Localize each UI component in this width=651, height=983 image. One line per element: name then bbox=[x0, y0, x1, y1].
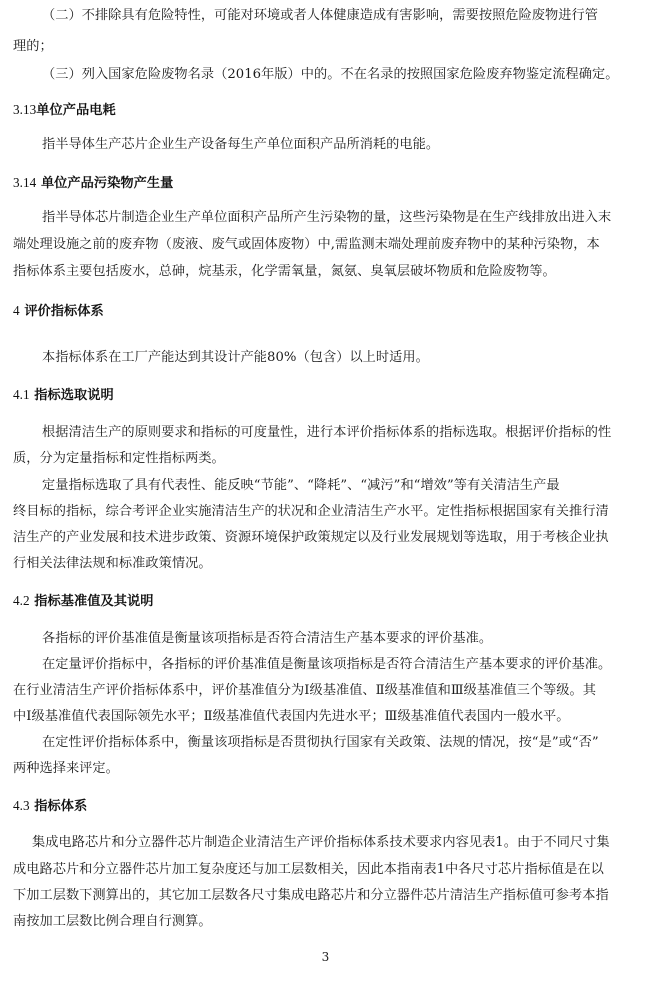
page-number: 3 bbox=[0, 950, 651, 964]
paragraph-4-1b-line-1: 定量指标选取了具有代表性、能反映“节能”、“降耗”、“减污”和“增效”等有关清洁… bbox=[42, 477, 560, 495]
paragraph-4: 本指标体系在工厂产能达到其设计产能80%（包含）以上时适用。 bbox=[42, 349, 429, 367]
paragraph-4-2a: 各指标的评价基准值是衡量该项指标是否符合清洁生产基本要求的评价基准。 bbox=[42, 630, 492, 648]
section-title: 单位产品电耗 bbox=[36, 103, 115, 118]
section-title: 指标选取说明 bbox=[34, 388, 113, 403]
section-heading-4-2: 4.2 指标基准值及其说明 bbox=[13, 592, 153, 611]
paragraph-3-14-line-3: 指标体系主要包括废水，总砷，烷基汞，化学需氧量，氮氨、臭氧层破坏物质和危险废物等… bbox=[13, 263, 556, 281]
section-number: 4.3 bbox=[13, 798, 30, 813]
section-number: 4.1 bbox=[13, 387, 30, 402]
section-title: 指标基准值及其说明 bbox=[34, 594, 153, 609]
section-heading-4-3: 4.3 指标体系 bbox=[13, 797, 87, 816]
section-number: 4.2 bbox=[13, 593, 30, 608]
paragraph-3-13: 指半导体生产芯片企业生产设备每生产单位面积产品所消耗的电能。 bbox=[42, 136, 439, 154]
paragraph-4-2c-line-2: 两种选择来评定。 bbox=[13, 760, 119, 778]
paragraph-3-14-line-2: 端处理设施之前的废弃物（废液、废气或固体废物）中,需监测末端处理前废弃物中的某种… bbox=[13, 236, 600, 254]
section-heading-4-1: 4.1 指标选取说明 bbox=[13, 386, 114, 405]
paragraph-4-2c-line-1: 在定性评价指标体系中，衡量该项指标是否贯彻执行国家有关政策、法规的情况，按“是”… bbox=[42, 734, 599, 752]
paragraph-item-2-line-1: （二）不排除具有危险特性，可能对环境或者人体健康造成有害影响，需要按照危险废物进… bbox=[42, 7, 598, 25]
section-heading-3-14: 3.14 单位产品污染物产生量 bbox=[13, 174, 173, 193]
paragraph-4-3-line-4: 南按加工层数比例合理自行测算。 bbox=[13, 913, 212, 931]
paragraph-4-1b-line-3: 洁生产的产业发展和技术进步政策、资源环境保护政策规定以及行业发展规划等选取，用于… bbox=[13, 529, 609, 547]
paragraph-4-3-line-2: 成电路芯片和分立器件芯片加工复杂度还与加工层数相关，因此本指南表1中各尺寸芯片指… bbox=[13, 861, 604, 879]
paragraph-4-3-line-1: 集成电路芯片和分立器件芯片制造企业清洁生产评价指标体系技术要求内容见表1。由于不… bbox=[32, 834, 610, 852]
paragraph-4-2b-line-1: 在定量评价指标中，各指标的评价基准值是衡量该项指标是否符合清洁生产基本要求的评价… bbox=[42, 656, 611, 674]
section-number: 3.13 bbox=[13, 102, 36, 117]
paragraph-item-3: （三）列入国家危险废物名录（2016年版）中的。不在名录的按照国家危险废弃物鉴定… bbox=[42, 66, 619, 84]
section-title: 指标体系 bbox=[34, 799, 87, 814]
section-number: 4 bbox=[13, 303, 20, 318]
paragraph-3-14-line-1: 指半导体芯片制造企业生产单位面积产品所产生污染物的量，这些污染物是在生产线排放出… bbox=[42, 209, 611, 227]
paragraph-4-1a-line-2: 质，分为定量指标和定性指标两类。 bbox=[13, 450, 225, 468]
paragraph-4-1a-line-1: 根据清洁生产的原则要求和指标的可度量性，进行本评价指标体系的指标选取。根据评价指… bbox=[42, 424, 611, 442]
section-number: 3.14 bbox=[13, 175, 36, 190]
paragraph-4-2b-line-3: 中Ⅰ级基准值代表国际领先水平；Ⅱ级基准值代表国内先进水平；Ⅲ级基准值代表国内一般… bbox=[13, 708, 570, 726]
paragraph-4-1b-line-4: 行相关法律法规和标准政策情况。 bbox=[13, 555, 212, 573]
section-title: 单位产品污染物产生量 bbox=[41, 176, 173, 191]
paragraph-4-1b-line-2: 终目标的指标，综合考评企业实施清洁生产的状况和企业清洁生产水平。定性指标根据国家… bbox=[13, 503, 609, 521]
section-title: 评价指标体系 bbox=[24, 304, 103, 319]
section-heading-4: 4 评价指标体系 bbox=[13, 302, 104, 321]
section-heading-3-13: 3.13单位产品电耗 bbox=[13, 101, 116, 120]
paragraph-4-2b-line-2: 在行业清洁生产评价指标体系中，评价基准值分为Ⅰ级基准值、Ⅱ级基准值和Ⅲ级基准值三… bbox=[13, 682, 596, 700]
paragraph-item-2-line-2: 理的； bbox=[13, 38, 53, 56]
paragraph-4-3-line-3: 下加工层数下测算出的，其它加工层数各尺寸集成电路芯片和分立器件芯片清洁生产指标值… bbox=[13, 887, 609, 905]
